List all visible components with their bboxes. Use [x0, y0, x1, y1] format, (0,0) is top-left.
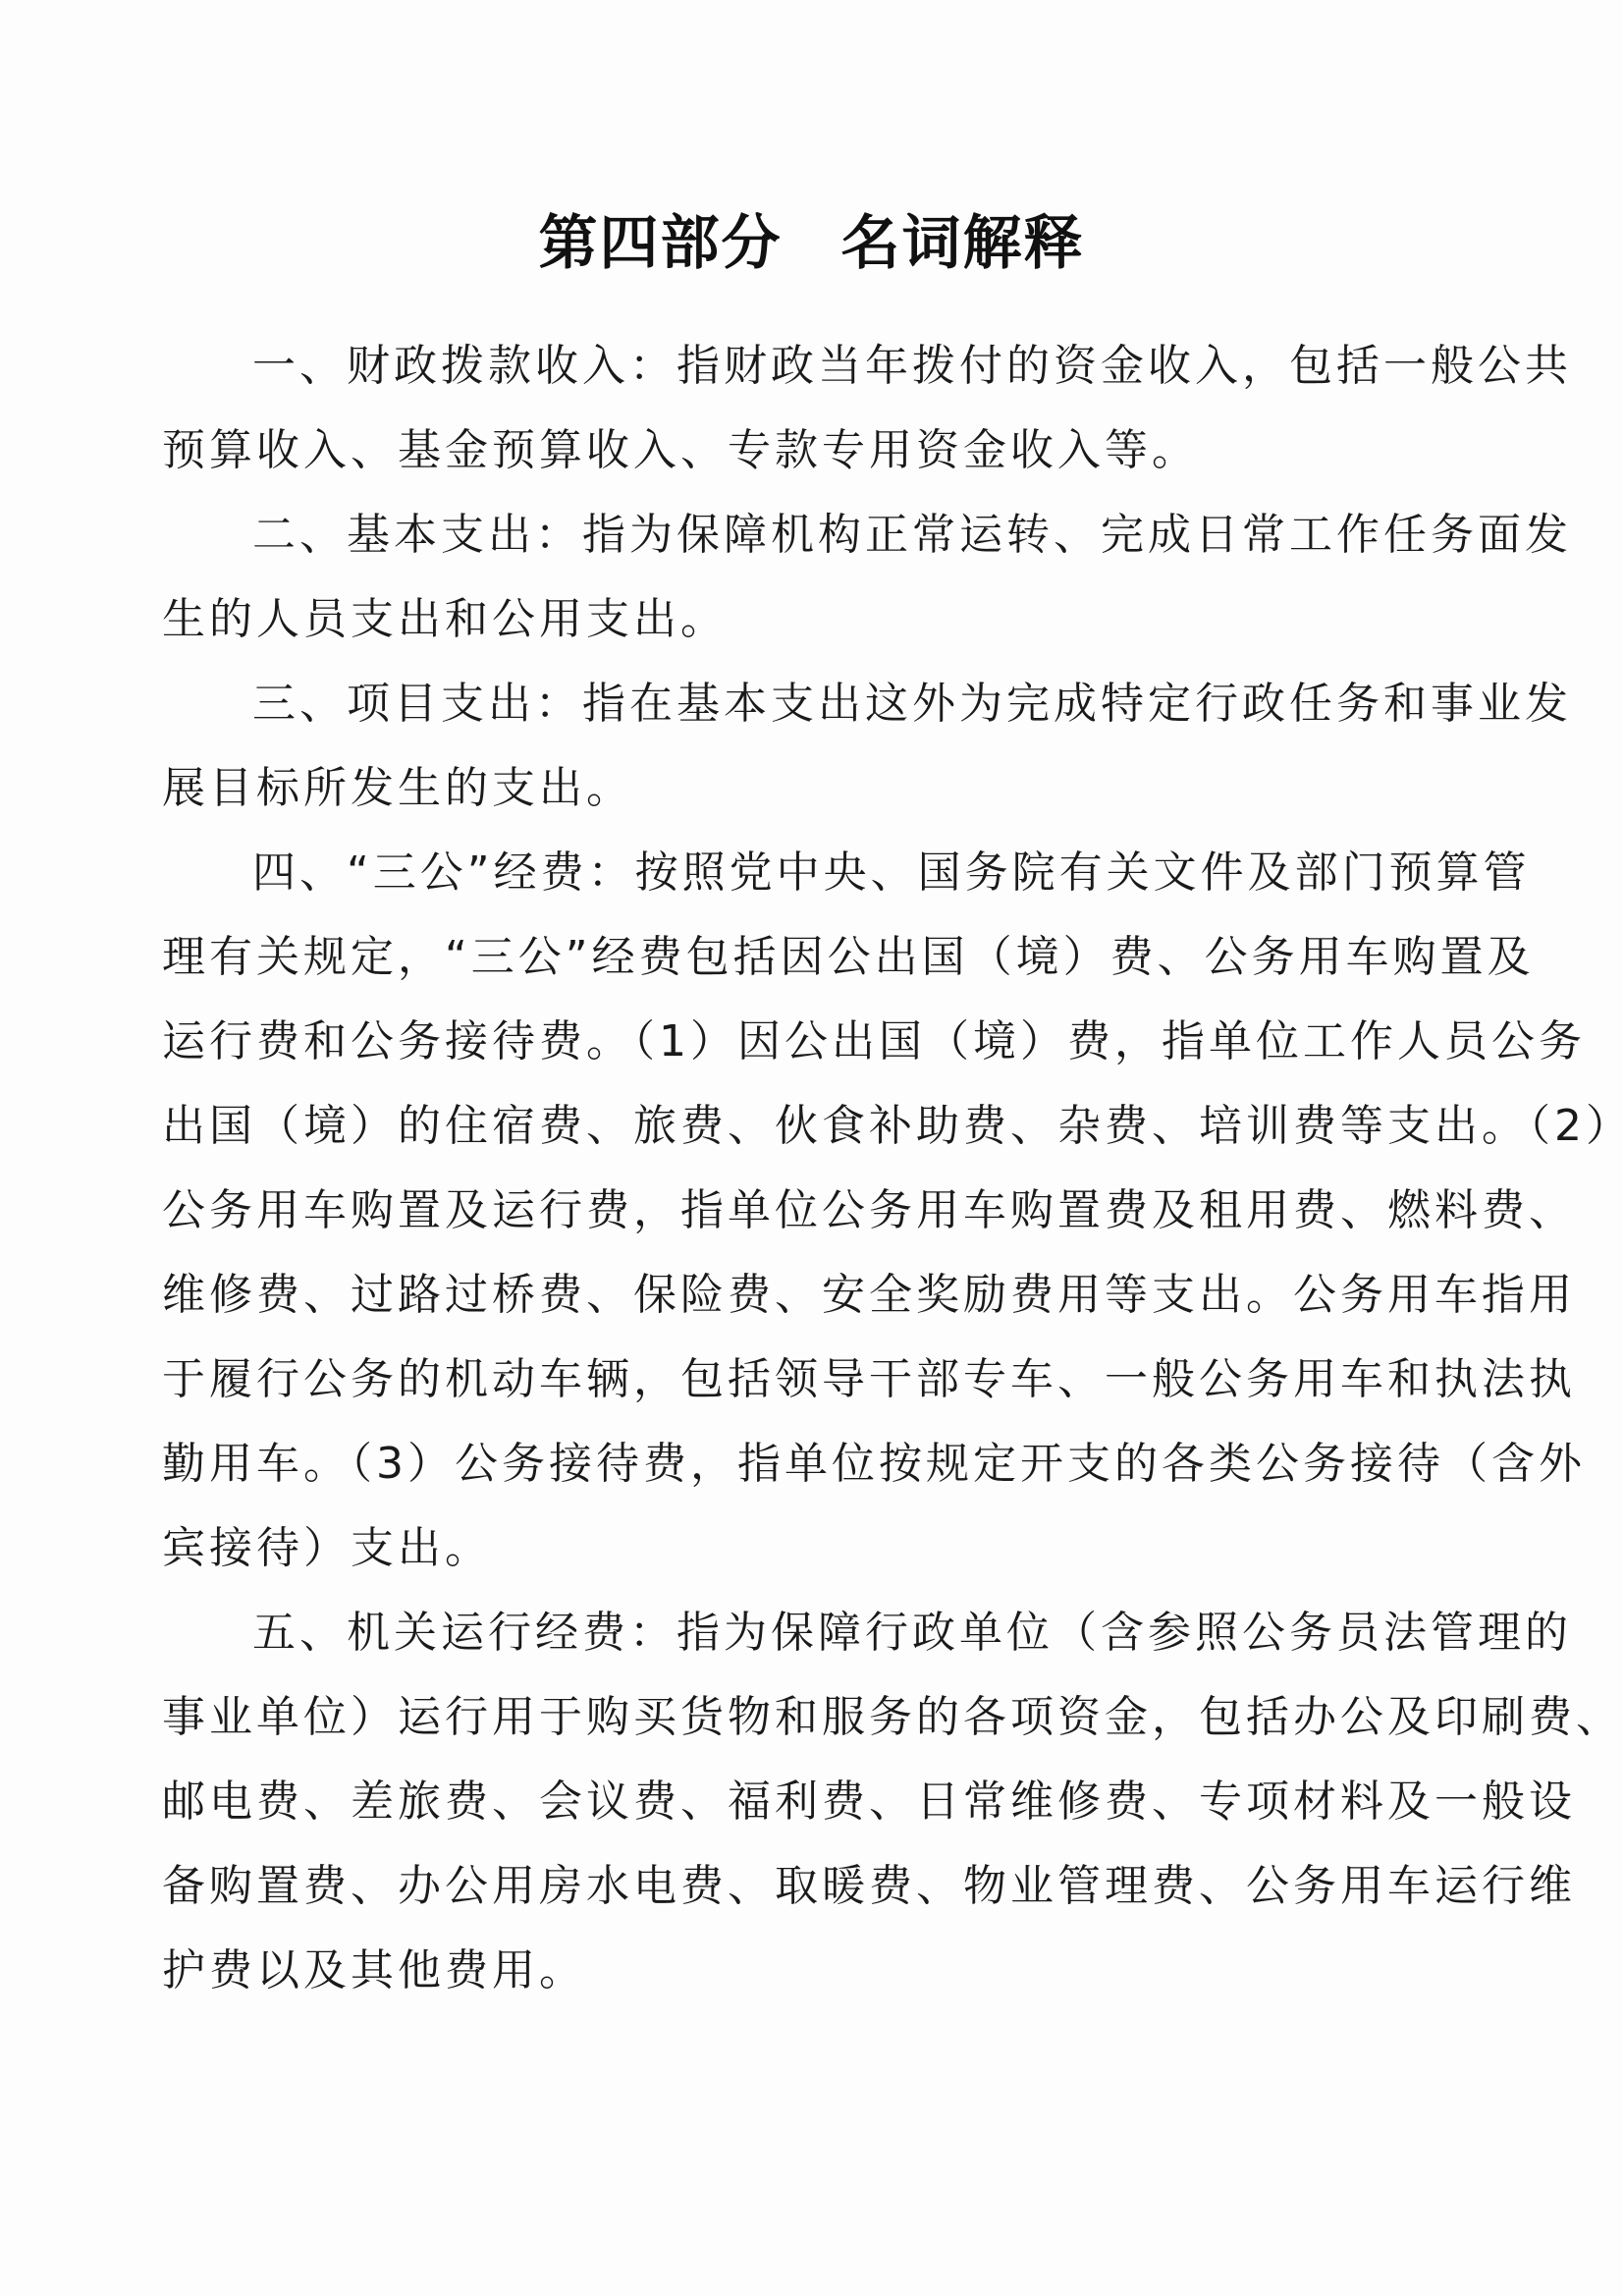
paragraph-line: 三、项目支出：指在基本支出这外为完成特定行政任务和事业发 [162, 662, 1497, 746]
title-name: 名词解释 [841, 209, 1085, 278]
paragraph-line: 一、财政拨款收入：指财政当年拨付的资金收入，包括一般公共 [162, 324, 1497, 409]
paragraph-line: 二、基本支出：指为保障机构正常运转、完成日常工作任务面发 [162, 493, 1497, 577]
paragraph-line: 护费以及其他费用。 [162, 1929, 1497, 2013]
paragraph-line: 备购置费、办公用房水电费、取暖费、物业管理费、公务用车运行维 [162, 1844, 1497, 1929]
paragraph-line: 公务用车购置及运行费，指单位公务用车购置费及租用费、燃料费、 [162, 1169, 1497, 1253]
paragraph-line: 维修费、过路过桥费、保险费、安全奖励费用等支出。公务用车指用 [162, 1253, 1497, 1338]
title-part: 第四部分 [539, 209, 783, 278]
paragraph-line: 五、机关运行经费：指为保障行政单位（含参照公务员法管理的 [162, 1591, 1497, 1675]
paragraph-line: 宾接待）支出。 [162, 1506, 1497, 1591]
paragraph-line: 事业单位）运行用于购买货物和服务的各项资金，包括办公及印刷费、 [162, 1675, 1497, 1760]
page-title: 第四部分名词解释 [0, 196, 1623, 281]
paragraph-line: 勤用车。（3）公务接待费，指单位按规定开支的各类公务接待（含外 [162, 1422, 1497, 1506]
paragraph-line: 出国（境）的住宿费、旅费、伙食补助费、杂费、培训费等支出。（2） [162, 1084, 1497, 1169]
paragraph-line: 预算收入、基金预算收入、专款专用资金收入等。 [162, 409, 1497, 493]
paragraph-line: 于履行公务的机动车辆，包括领导干部专车、一般公务用车和执法执 [162, 1338, 1497, 1422]
paragraph-line: 邮电费、差旅费、会议费、福利费、日常维修费、专项材料及一般设 [162, 1760, 1497, 1844]
paragraph-line: 运行费和公务接待费。（1）因公出国（境）费，指单位工作人员公务 [162, 1000, 1497, 1084]
paragraph-basic-expenditure: 二、基本支出：指为保障机构正常运转、完成日常工作任务面发 生的人员支出和公用支出… [162, 493, 1497, 662]
paragraph-line: 四、“三公”经费：按照党中央、国务院有关文件及部门预算管 [162, 831, 1497, 915]
document-page: 第四部分名词解释 一、财政拨款收入：指财政当年拨付的资金收入，包括一般公共 预算… [0, 0, 1623, 2296]
paragraph-line: 生的人员支出和公用支出。 [162, 577, 1497, 662]
paragraph-line: 理有关规定，“三公”经费包括因公出国（境）费、公务用车购置及 [162, 915, 1497, 1000]
paragraph-fiscal-appropriation-income: 一、财政拨款收入：指财政当年拨付的资金收入，包括一般公共 预算收入、基金预算收入… [162, 324, 1497, 493]
paragraph-agency-operating-expenses: 五、机关运行经费：指为保障行政单位（含参照公务员法管理的 事业单位）运行用于购买… [162, 1591, 1497, 2013]
document-body: 一、财政拨款收入：指财政当年拨付的资金收入，包括一般公共 预算收入、基金预算收入… [162, 324, 1497, 2013]
paragraph-project-expenditure: 三、项目支出：指在基本支出这外为完成特定行政任务和事业发 展目标所发生的支出。 [162, 662, 1497, 831]
paragraph-line: 展目标所发生的支出。 [162, 746, 1497, 831]
paragraph-three-public-expenses: 四、“三公”经费：按照党中央、国务院有关文件及部门预算管 理有关规定，“三公”经… [162, 831, 1497, 1591]
